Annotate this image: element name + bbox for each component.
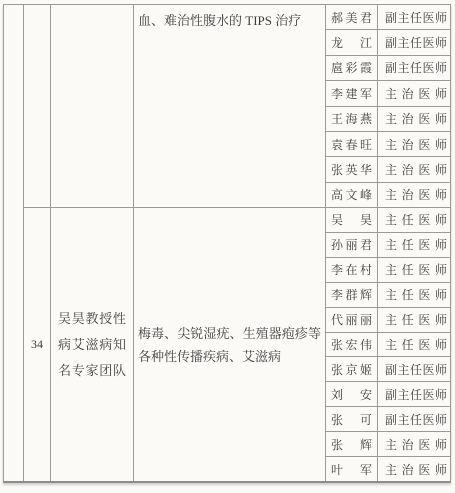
member-name-cell: 龙 江 — [326, 30, 378, 54]
member-row: 袁春旺 主治医师 — [326, 132, 450, 157]
document-page: 血、难治性腹水的 TIPS 治疗 郝美君 副主任医师 龙 江 — [0, 0, 455, 493]
team-name-cell: 吴昊教授性病艾滋病知名专家团队 — [51, 208, 134, 481]
member-name: 张宏伟 — [331, 336, 372, 353]
member-name: 王海燕 — [331, 110, 372, 127]
member-name: 吴 昊 — [331, 211, 372, 228]
member-title-cell: 主治医师 — [378, 132, 450, 156]
member-title: 主任医师 — [385, 286, 447, 303]
member-title-cell: 主任医师 — [378, 233, 450, 257]
team-description-cell: 梅毒、尖锐湿疣、生殖器疱疹等各种性传播疾病、艾滋病 — [134, 208, 326, 481]
member-name: 张英华 — [331, 161, 372, 178]
member-name-cell: 刘 安 — [326, 382, 378, 406]
team-name-cell — [51, 5, 134, 207]
member-title-cell: 主治医师 — [378, 107, 450, 131]
member-name: 孙丽君 — [331, 236, 372, 253]
member-name-cell: 李建军 — [326, 81, 378, 105]
member-row: 孙丽君 主任医师 — [326, 233, 450, 258]
member-name-cell: 张宏伟 — [326, 333, 378, 357]
member-title-cell: 副主任医师 — [378, 56, 450, 80]
member-name: 代丽丽 — [331, 311, 372, 328]
member-title-cell: 副主任医师 — [378, 30, 450, 54]
member-name-cell: 王海燕 — [326, 107, 378, 131]
team-description: 血、难治性腹水的 TIPS 治疗 — [138, 9, 321, 32]
team-name: 吴昊教授性病艾滋病知名专家团队 — [58, 306, 126, 384]
member-name: 张 可 — [331, 411, 372, 428]
member-title: 主治医师 — [385, 186, 447, 203]
member-name-cell: 扈彩霞 — [326, 56, 378, 80]
member-row: 龙 江 副主任医师 — [326, 30, 450, 55]
member-title: 主任医师 — [385, 311, 447, 328]
member-name: 叶 军 — [331, 461, 372, 478]
member-name: 刘 安 — [331, 386, 372, 403]
member-name: 张 辉 — [331, 436, 372, 453]
member-title: 副主任医师 — [385, 411, 447, 428]
member-name-cell: 袁春旺 — [326, 132, 378, 156]
member-row: 张 辉 主治医师 — [326, 432, 450, 457]
member-title-cell: 主任医师 — [378, 258, 450, 282]
member-title: 主治医师 — [385, 110, 447, 127]
member-name: 张京姬 — [331, 361, 372, 378]
member-name-cell: 吴 昊 — [326, 208, 378, 232]
members-list: 郝美君 副主任医师 龙 江 副主任医师 — [326, 5, 450, 207]
member-title-cell: 副主任医师 — [378, 382, 450, 406]
member-row: 郝美君 副主任医师 — [326, 5, 450, 30]
member-title-cell: 副主任医师 — [378, 5, 450, 29]
member-row: 代丽丽 主任医师 — [326, 308, 450, 333]
member-title: 主治医师 — [385, 85, 447, 102]
member-name: 郝美君 — [331, 9, 372, 26]
member-title-cell: 主治医师 — [378, 157, 450, 181]
member-name: 袁春旺 — [331, 136, 372, 153]
member-title: 主任医师 — [385, 336, 447, 353]
team-description: 梅毒、尖锐湿疣、生殖器疱疹等各种性传播疾病、艾滋病 — [138, 322, 321, 368]
member-title-cell: 主治医师 — [378, 183, 450, 207]
member-row: 张京姬 副主任医师 — [326, 357, 450, 382]
team-number: 34 — [31, 337, 43, 352]
member-name-cell: 代丽丽 — [326, 308, 378, 332]
member-row: 张 可 副主任医师 — [326, 407, 450, 432]
member-title: 主任医师 — [385, 261, 447, 278]
members-list: 吴 昊 主任医师 孙丽君 主任医师 — [326, 208, 450, 481]
member-title-cell: 主治医师 — [378, 457, 450, 481]
member-row: 刘 安 副主任医师 — [326, 382, 450, 407]
member-title-cell: 主任医师 — [378, 283, 450, 307]
member-name-cell: 张英华 — [326, 157, 378, 181]
member-name: 李在村 — [331, 261, 372, 278]
member-title-cell: 副主任医师 — [378, 407, 450, 431]
member-title: 主治医师 — [385, 136, 447, 153]
member-name-cell: 叶 军 — [326, 457, 378, 481]
member-name-cell: 郝美君 — [326, 5, 378, 29]
member-row: 扈彩霞 副主任医师 — [326, 56, 450, 81]
member-title-cell: 主任医师 — [378, 308, 450, 332]
team-block-34: 34 吴昊教授性病艾滋病知名专家团队 梅毒、尖锐湿疣、生殖器疱疹等各种性传播疾病… — [24, 208, 450, 481]
member-row: 张英华 主治医师 — [326, 157, 450, 182]
member-name-cell: 孙丽君 — [326, 233, 378, 257]
member-name-cell: 李在村 — [326, 258, 378, 282]
team-number-cell — [24, 5, 51, 207]
member-name: 李群辉 — [331, 286, 372, 303]
member-name: 龙 江 — [331, 34, 372, 51]
member-row: 王海燕 主治医师 — [326, 107, 450, 132]
member-name-cell: 高文峰 — [326, 183, 378, 207]
member-row: 吴 昊 主任医师 — [326, 208, 450, 233]
member-title-cell: 主任医师 — [378, 333, 450, 357]
member-title: 副主任医师 — [385, 34, 447, 51]
member-name-cell: 张 可 — [326, 407, 378, 431]
member-title: 副主任医师 — [385, 59, 447, 76]
table-main-area: 血、难治性腹水的 TIPS 治疗 郝美君 副主任医师 龙 江 — [24, 5, 450, 481]
member-name-cell: 张京姬 — [326, 357, 378, 381]
member-row: 高文峰 主治医师 — [326, 183, 450, 207]
member-title-cell: 主任医师 — [378, 208, 450, 232]
member-name: 高文峰 — [331, 186, 372, 203]
member-title-cell: 主治医师 — [378, 432, 450, 456]
expert-team-table: 血、难治性腹水的 TIPS 治疗 郝美君 副主任医师 龙 江 — [3, 4, 451, 483]
member-title: 主治医师 — [385, 161, 447, 178]
member-title-cell: 副主任医师 — [378, 357, 450, 381]
member-row: 李在村 主任医师 — [326, 258, 450, 283]
member-row: 李群辉 主任医师 — [326, 283, 450, 308]
member-row: 叶 军 主治医师 — [326, 457, 450, 481]
member-title-cell: 主治医师 — [378, 81, 450, 105]
member-title: 副主任医师 — [385, 9, 447, 26]
member-title: 主任医师 — [385, 236, 447, 253]
member-name: 扈彩霞 — [331, 59, 372, 76]
table-left-margin-column — [4, 5, 24, 481]
member-row: 张宏伟 主任医师 — [326, 333, 450, 358]
member-title: 主治医师 — [385, 461, 447, 478]
team-block-continued: 血、难治性腹水的 TIPS 治疗 郝美君 副主任医师 龙 江 — [24, 5, 450, 208]
member-name-cell: 李群辉 — [326, 283, 378, 307]
member-title: 主治医师 — [385, 436, 447, 453]
member-name: 李建军 — [331, 85, 372, 102]
team-description-cell: 血、难治性腹水的 TIPS 治疗 — [134, 5, 326, 207]
member-title: 副主任医师 — [385, 386, 447, 403]
member-title: 主任医师 — [385, 211, 447, 228]
member-title: 副主任医师 — [385, 361, 447, 378]
member-row: 李建军 主治医师 — [326, 81, 450, 106]
team-number-cell: 34 — [24, 208, 51, 481]
member-name-cell: 张 辉 — [326, 432, 378, 456]
